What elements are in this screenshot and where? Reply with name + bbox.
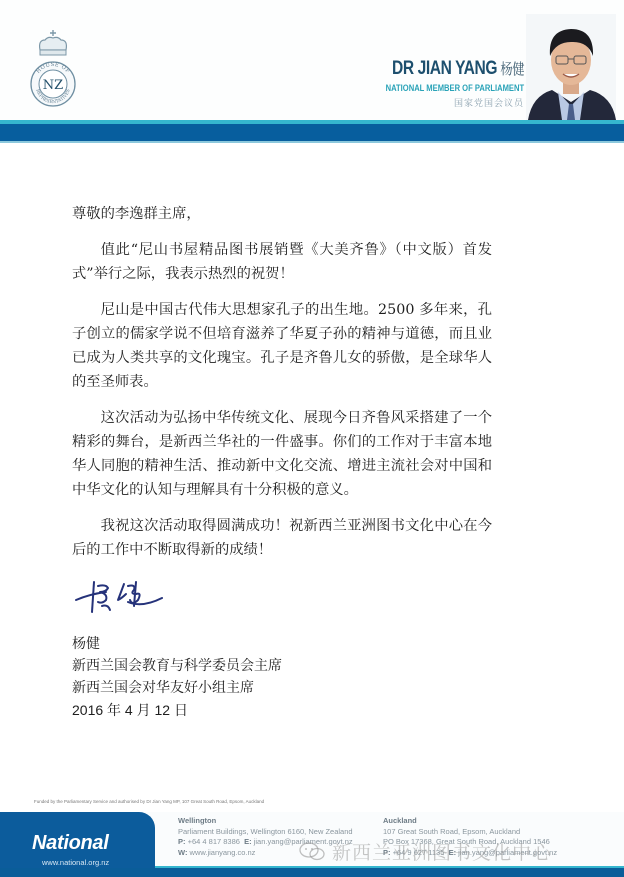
mp-role-chinese: 国家党国会议员 <box>351 96 524 109</box>
signer-title: 新西兰国会教育与科学委员会主席 <box>72 655 282 677</box>
handwritten-signature <box>72 570 172 620</box>
paragraph-event-significance: 这次活动为弘扬中华传统文化、展现今日齐鲁风采搭建了一个精彩的舞台，是新西兰华社的… <box>72 406 492 502</box>
person-portrait-icon <box>526 14 616 120</box>
house-of-representatives-crest: HOUSE OF REPRESENTATIVES NZ <box>28 28 78 112</box>
national-party-logo: National <box>32 832 109 855</box>
mp-role: NATIONAL MEMBER OF PARLIAMENT <box>386 83 524 94</box>
mp-portrait-photo <box>526 14 616 120</box>
signature-icon <box>72 570 172 620</box>
letterhead: HOUSE OF REPRESENTATIVES NZ DR JIAN YANG… <box>0 0 624 120</box>
office-city: Auckland <box>383 816 557 827</box>
footer-blue-band <box>0 868 624 877</box>
office-website[interactable]: www.jianyang.co.nz <box>190 848 256 857</box>
wechat-icon <box>298 840 326 867</box>
letter-date: 2016 年 4 月 12 日 <box>72 699 282 721</box>
mp-name: DR JIAN YANG杨健 <box>382 58 524 80</box>
national-party-url[interactable]: www.national.org.nz <box>42 858 109 867</box>
wechat-watermark: 新西兰亚洲图书文化中心 <box>298 838 552 867</box>
office-phone: +64 4 817 8386 <box>188 837 240 846</box>
watermark-text: 新西兰亚洲图书文化中心 <box>332 842 552 864</box>
header-blue-band <box>0 124 624 141</box>
crown-crest-icon: HOUSE OF REPRESENTATIVES NZ <box>28 28 78 112</box>
mp-identity: DR JIAN YANG杨健 NATIONAL MEMBER OF PARLIA… <box>351 58 524 109</box>
authorisation-statement: Funded by the Parliamentary Service and … <box>34 799 264 804</box>
letter-body: 尊敬的李逸群主席， 值此“尼山书屋精品图书展销暨《大美齐鲁》（中文版）首发式”举… <box>72 202 492 574</box>
header-band-edge <box>0 141 624 143</box>
mp-name-chinese: 杨健 <box>500 60 524 78</box>
salutation: 尊敬的李逸群主席， <box>72 202 492 226</box>
paragraph-congratulations: 值此“尼山书屋精品图书展销暨《大美齐鲁》（中文版）首发式”举行之际，我表示热烈的… <box>72 238 492 286</box>
signer-title: 新西兰国会对华友好小组主席 <box>72 677 282 699</box>
paragraph-confucius: 尼山是中国古代伟大思想家孔子的出生地。2500 多年来，孔子创立的儒家学说不但培… <box>72 298 492 394</box>
office-city: Wellington <box>178 816 353 827</box>
signer-name: 杨健 <box>72 633 282 655</box>
signature-block: 杨健 新西兰国会教育与科学委员会主席 新西兰国会对华友好小组主席 2016 年 … <box>72 633 282 721</box>
office-address: 107 Great South Road, Epsom, Auckland <box>383 827 557 838</box>
paragraph-closing-wishes: 我祝这次活动取得圆满成功！祝新西兰亚洲图书文化中心在今后的工作中不断取得新的成绩… <box>72 514 492 562</box>
svg-text:NZ: NZ <box>43 78 63 93</box>
office-address: Parliament Buildings, Wellington 6160, N… <box>178 827 353 838</box>
